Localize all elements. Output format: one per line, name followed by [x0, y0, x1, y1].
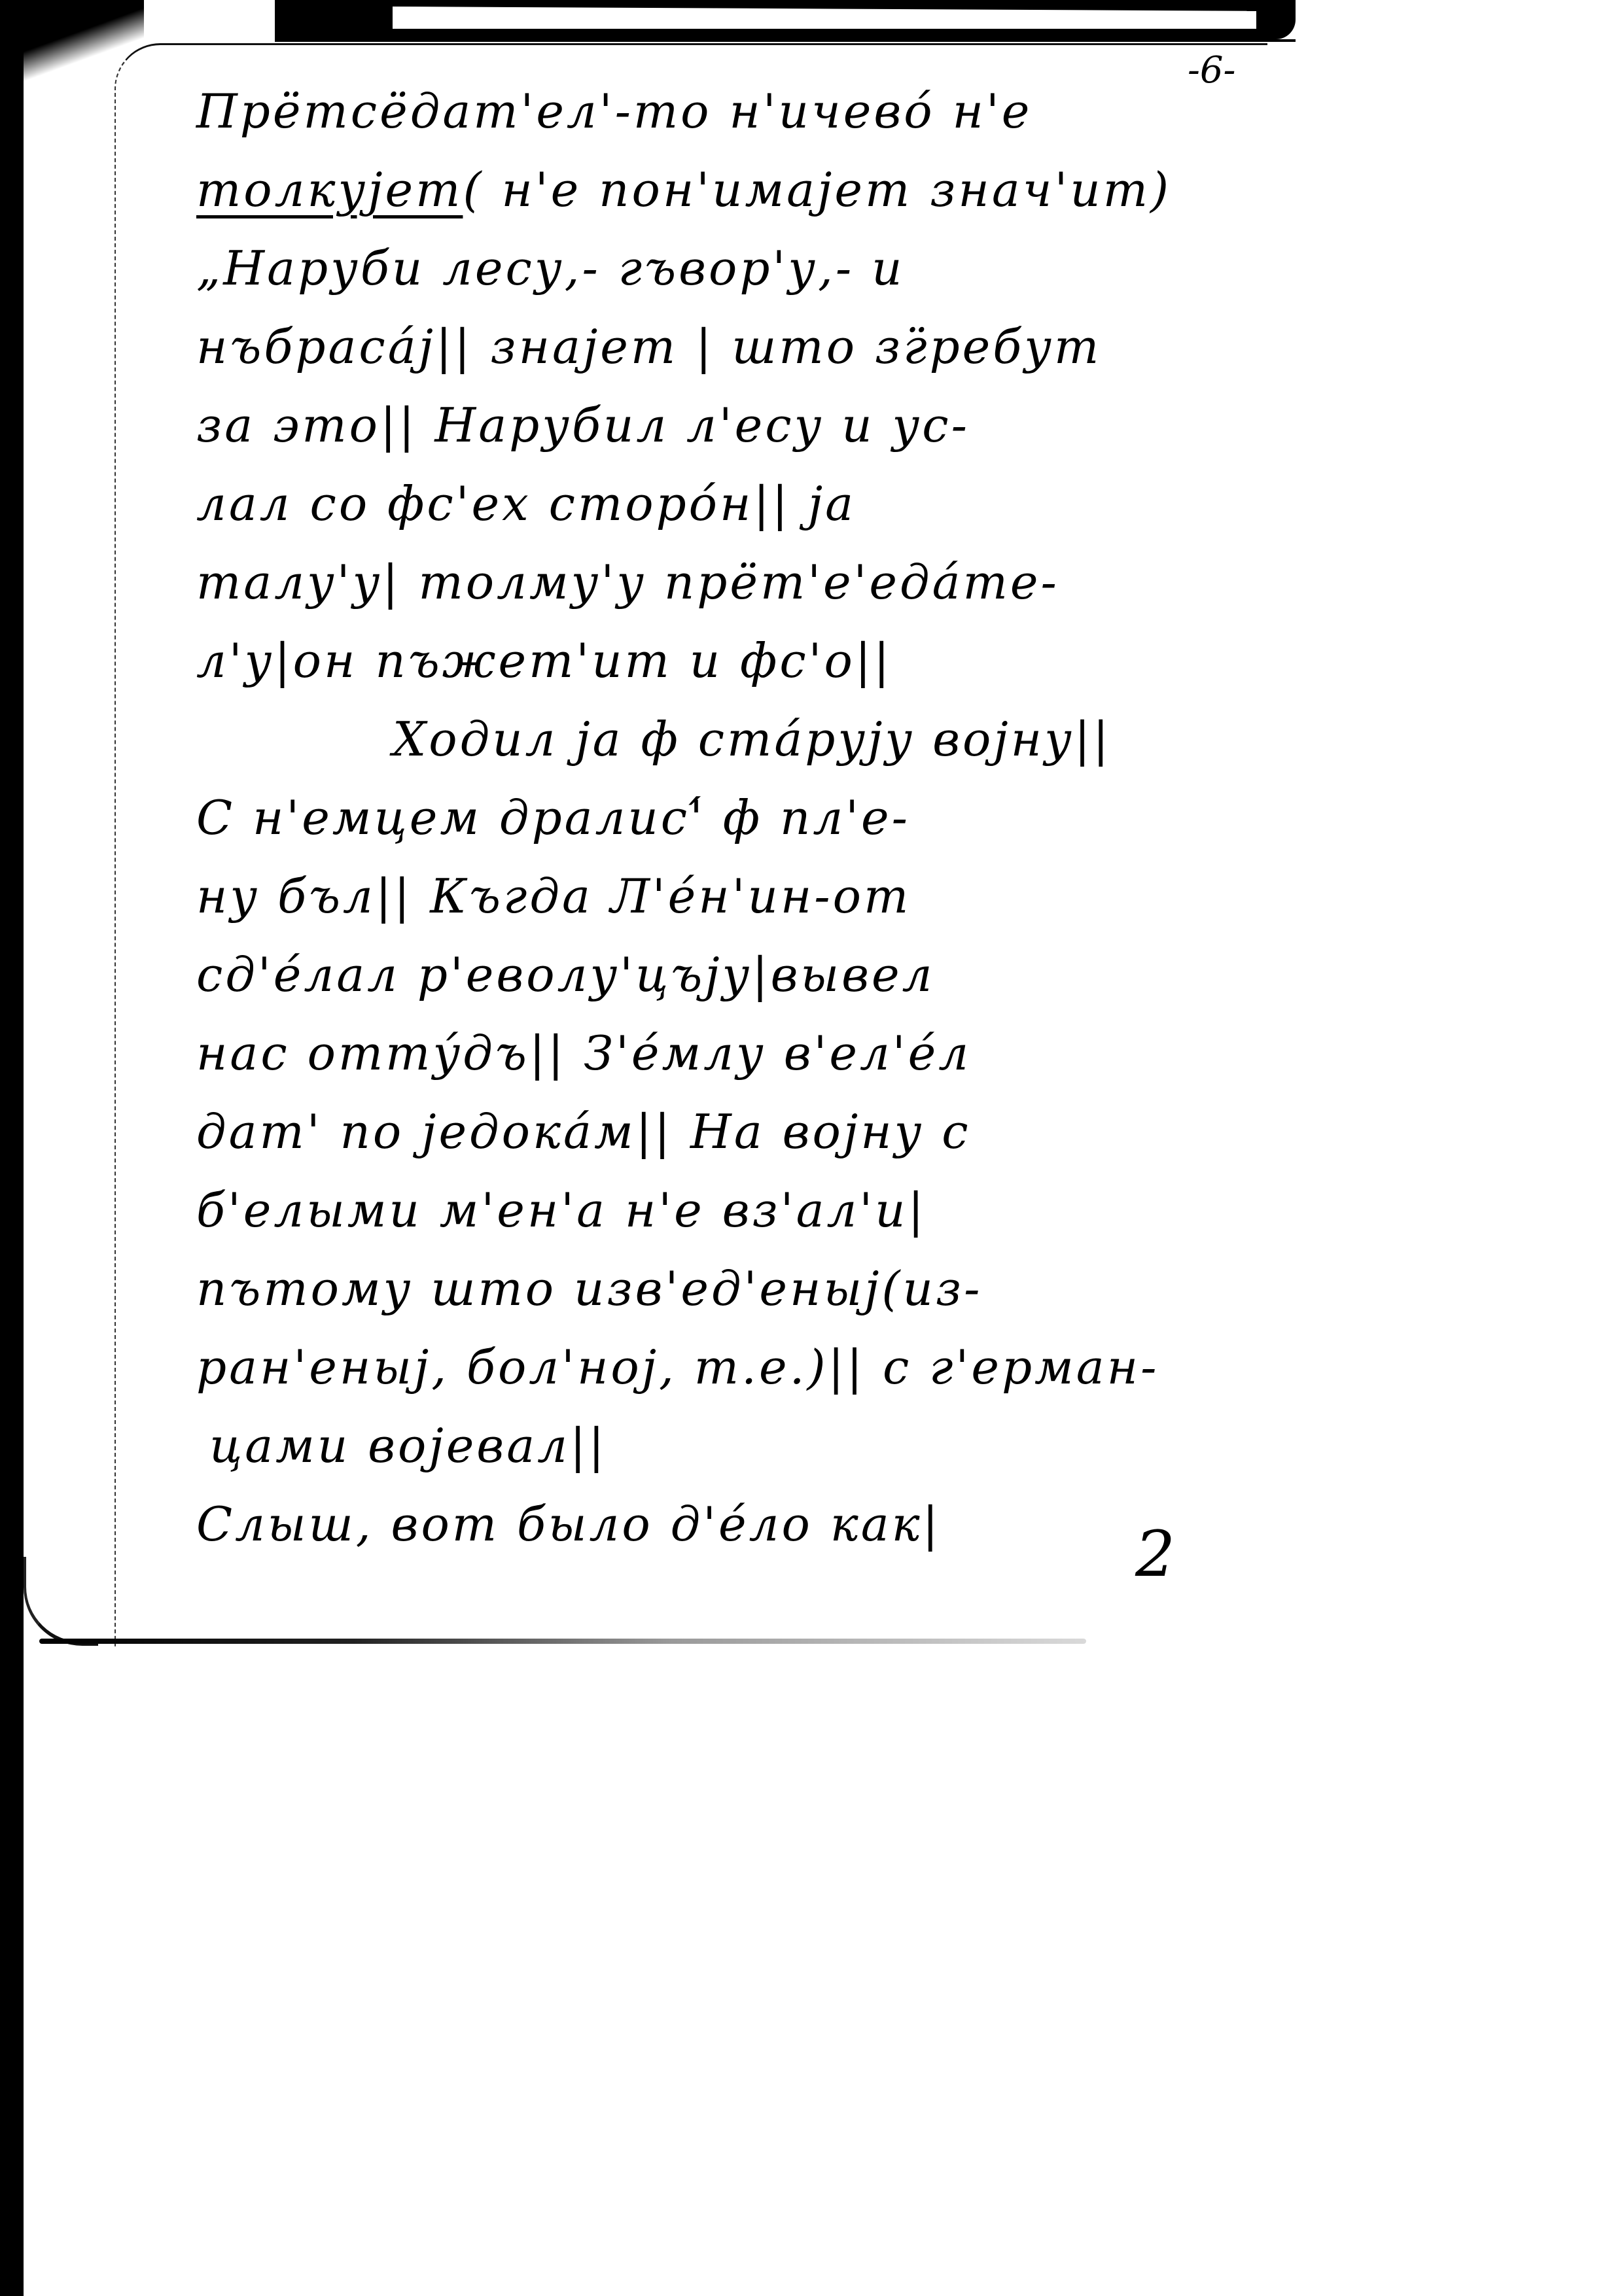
text-line: ран'еныj, бол'ноj, т.е.)|| с г'ерман-	[196, 1328, 1178, 1406]
line-text: С н'емцем дралиc'́ ф пл'е-	[196, 790, 910, 845]
line-text: л'у|он пъжет'ит и фс'о||	[196, 633, 892, 688]
text-line: Слыш, вот было д'е́ло как|	[196, 1485, 1178, 1563]
line-text: нъбраса́j|| знаjет | што зг̈ребут	[196, 319, 1101, 374]
page-number: -6-	[1188, 49, 1235, 92]
line-text: лал со фс'ех сторо́н|| jа	[196, 476, 856, 531]
text-line: ну бъл|| Къгда Л'е́н'ин-от	[196, 857, 1178, 935]
text-line: за это|| Нарубил л'есу и ус-	[196, 386, 1178, 464]
text-line: нас отту́дъ|| З'е́млу в'ел'е́л	[196, 1014, 1178, 1092]
line-text: Ходил jа ф ста́руjу воjну||	[393, 712, 1111, 767]
text-line: пътому што изв'ед'еныj(из-	[196, 1249, 1178, 1328]
line-text: ну бъл|| Къгда Л'е́н'ин-от	[196, 869, 911, 924]
line-text: ( н'е пон'имаjет знач'ит)	[463, 162, 1171, 217]
text-line: С н'емцем дралиc'́ ф пл'е-	[196, 778, 1178, 857]
line-text: пътому што изв'ед'еныj(из-	[196, 1261, 982, 1316]
text-line: толкуjет( н'е пон'имаjет знач'ит)	[196, 150, 1178, 229]
page-corner-curve	[24, 1557, 98, 1646]
scanner-edge-left	[0, 0, 24, 2296]
line-text: талу'у| толму'у прёт'е'еда́те-	[196, 555, 1059, 610]
text-line: л'у|он пъжет'ит и фс'о||	[196, 621, 1178, 700]
line-text: ран'еныj, бол'ноj, т.е.)|| с г'ерман-	[196, 1340, 1159, 1395]
line-text: цами воjевал||	[209, 1418, 607, 1473]
line-text: за это|| Нарубил л'есу и ус-	[196, 398, 970, 453]
text-line: талу'у| толму'у прёт'е'еда́те-	[196, 543, 1178, 621]
text-line: Прётсёдат'ел'-то н'ичево́ н'е	[196, 72, 1178, 150]
line-text: дат' по jедока́м|| На воjну с	[196, 1104, 971, 1159]
handwritten-text: Прётсёдат'ел'-то н'ичево́ н'е толкуjет…	[196, 72, 1178, 1563]
scanner-edge-top-line	[275, 39, 1296, 42]
line-text: сд'е́лал р'еволу'цъjу|вывел	[196, 947, 935, 1002]
text-line-paragraph-start: Ходил jа ф ста́руjу воjну||	[196, 700, 1178, 778]
text-line: цами воjевал||	[196, 1406, 1178, 1485]
text-line: лал со фс'ех сторо́н|| jа	[196, 464, 1178, 543]
text-line: нъбраса́j|| знаjет | што зг̈ребут	[196, 307, 1178, 386]
text-line: б'елыми м'ен'а н'е вз'ал'и|	[196, 1171, 1178, 1249]
scanned-page: -6- Прётсёдат'ел'-то н'ичево́ н'е толк…	[0, 0, 1607, 2296]
line-text: б'елыми м'ен'а н'е вз'ал'и|	[196, 1183, 927, 1238]
sheet-number: 2	[1135, 1518, 1175, 1591]
page-bottom-edge	[39, 1639, 1086, 1644]
line-text: Слыш, вот было д'е́ло как|	[196, 1497, 941, 1552]
line-text: Прётсёдат'ел'-то н'ичево́ н'е	[196, 84, 1032, 139]
line-text: нас отту́дъ|| З'е́млу в'ел'е́л	[196, 1026, 971, 1081]
line-text: „Наруби лесу,- гъвор'у,- и	[196, 241, 904, 296]
text-line: сд'е́лал р'еволу'цъjу|вывел	[196, 935, 1178, 1014]
underlined-word: толкуjет	[196, 162, 463, 217]
text-line: „Наруби лесу,- гъвор'у,- и	[196, 229, 1178, 307]
text-line: дат' по jедока́м|| На воjну с	[196, 1092, 1178, 1171]
